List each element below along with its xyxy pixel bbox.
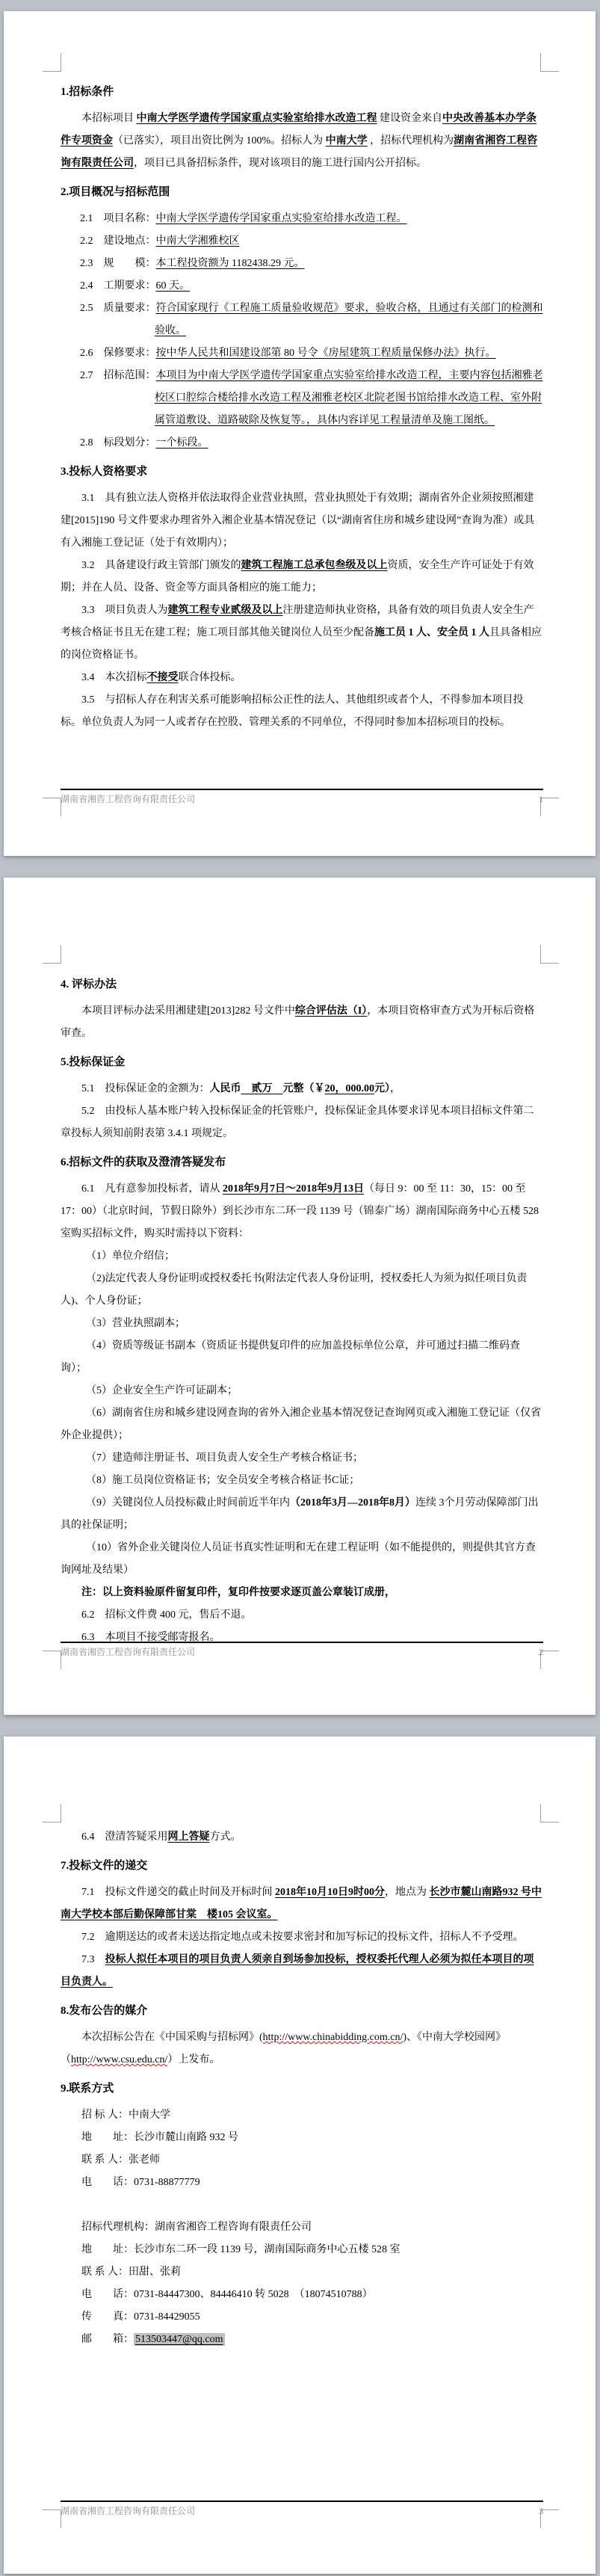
text-run: 投标人拟任本项目的项目负责人须亲自到场参加投标，授权委托代理人必须为拟任本项目的… xyxy=(61,1954,534,1988)
crop-mark-top-left xyxy=(43,1804,61,1822)
text-run: 本工程投资额为 1182438.29 元。 xyxy=(156,258,305,269)
paragraph: 7.2 逾期送达的或者未送达指定地点或未按要求密封和加写标记的投标文件，招标人不… xyxy=(61,1926,543,1949)
text-run: 2.8 标段划分： xyxy=(80,437,156,449)
page-number: 1 xyxy=(539,793,543,805)
text-run: 2.7 招标范围： xyxy=(80,370,156,381)
contact-line: 电 话：0731-84447300、84446410 转 5028 （18074… xyxy=(81,2284,543,2306)
text-run: 网上答疑 xyxy=(168,1831,210,1843)
text-run: 7.1 投标文件递交的截止时间及开标时间 xyxy=(81,1887,275,1898)
paragraph: 3.3 项目负责人为建筑工程专业贰级及以上注册建造师执业资格，具备有效的项目负责… xyxy=(61,600,543,667)
section-heading: 8.发布公告的媒介 xyxy=(61,2000,543,2022)
document-canvas: 1.招标条件本招标项目 中南大学医学遗传学国家重点实验室给排水改造工程 建设资金… xyxy=(0,0,600,2576)
text-run: 联 系 人：田甜、张莉 xyxy=(81,2267,181,2278)
field-item: 2.4 工期要求：60 天。 xyxy=(61,275,543,298)
text-run: （2018年3月—2018年8月） xyxy=(290,1497,415,1509)
text-run: 元整（￥ xyxy=(283,1083,325,1094)
text-run: 综合评估法（I） xyxy=(295,1005,367,1017)
text-run: （8）施工员岗位资格证书；安全员安全考核合格证书C证； xyxy=(86,1475,359,1486)
section-heading: 7.投标文件的递交 xyxy=(61,1855,543,1877)
text-run: 2018年9月7日～2018年9月13日 xyxy=(223,1183,364,1195)
list-item: （1）单位介绍信； xyxy=(61,1245,543,1268)
text-run: 3.4 本次招标 xyxy=(81,672,147,683)
text-run: ）上发布。 xyxy=(167,2054,220,2065)
text-run: （2)法定代表人身份证明或授权委托书(附法定代表人身份证明，授权委托人为须为拟任… xyxy=(61,1273,527,1307)
text-run: 5.1 投标保证金的金额为： xyxy=(81,1083,210,1094)
list-item: （9）关键岗位人员投标截止时间前近半年内（2018年3月—2018年8月）连续 … xyxy=(61,1492,543,1537)
field-item: 2.7 招标范围：本项目为中南大学医学遗传学国家重点实验室给排水改造工程，主要内… xyxy=(61,365,543,432)
page-footer: 湖南省湘咨工程咨询有限责任公司 1 xyxy=(61,789,543,805)
list-item: （3）营业执照副本； xyxy=(61,1313,543,1335)
list-item: （7）建造师注册证书、项目负责人安全生产考核合格证书； xyxy=(61,1447,543,1470)
text-run: ，招标代理机构为 xyxy=(368,135,454,147)
contact-line: 电 话：0731-88877779 xyxy=(81,2172,543,2194)
field-item: 2.1 项目名称：中南大学医学遗传学国家重点实验室给排水改造工程。 xyxy=(61,208,543,230)
text-run: 招标代理机构：湖南省湘咨工程咨询有限责任公司 xyxy=(81,2222,312,2233)
contact-line: 招标代理机构：湖南省湘咨工程咨询有限责任公司 xyxy=(81,2216,543,2239)
page-1-body: 1.招标条件本招标项目 中南大学医学遗传学国家重点实验室给排水改造工程 建设资金… xyxy=(4,11,596,734)
text-run: 2.6 保修要求： xyxy=(80,348,156,359)
section-heading: 9.联系方式 xyxy=(61,2077,543,2100)
paragraph: 本次招标公告在《中国采购与招标网》(http://www.chinabiddin… xyxy=(61,2027,543,2071)
crop-mark-bottom-left xyxy=(43,1651,61,1669)
text-run: 3.1 具有独立法人资格并依法取得企业营业执照，营业执照处于有效期；湖南省外企业… xyxy=(61,493,534,549)
text-run: 按中华人民共和国建设部第 80 号令《房屋建筑工程质量保修办法》执行。 xyxy=(156,348,496,359)
list-item: （6）湖南省住房和城乡建设网查询的省外入湘企业基本情况登记查询网页或入湘施工登记… xyxy=(61,1402,543,1447)
text-run: （4）资质等级证书副本（资质证书提供复印件的应加盖投标单位公章，并可通过扫描二维… xyxy=(61,1340,520,1374)
paragraph: 7.1 投标文件递交的截止时间及开标时间 2018年10月10日9时00分，地点… xyxy=(61,1882,543,1926)
text-run: 注：以上资料验原件留复印件，复印件按要求逐页盖公章装订成册， xyxy=(81,1587,395,1598)
section-heading: 4. 评标办法 xyxy=(61,973,543,996)
paragraph: 3.4 本次招标不接受联合体投标。 xyxy=(61,667,543,689)
text-run: 本项目为中南大学医学遗传学国家重点实验室给排水改造工程，主要内容包括湘雅老校区口… xyxy=(155,370,543,426)
text-run: （6）湖南省住房和城乡建设网查询的省外入湘企业基本情况登记查询网页或入湘施工登记… xyxy=(61,1408,541,1441)
paragraph: 6.1 凡有意参加投标者，请从 2018年9月7日～2018年9月13日（每日 … xyxy=(61,1178,543,1245)
text-run: 人民币 xyxy=(210,1083,241,1094)
text-run: 建筑工程施工总承包叁级及以上 xyxy=(241,560,388,571)
list-item: （4）资质等级证书副本（资质证书提供复印件的应加盖投标单位公章，并可通过扫描二维… xyxy=(61,1335,543,1380)
text-run: 中南大学医学遗传学国家重点实验室给排水改造工程 xyxy=(137,113,377,124)
section-heading: 1.招标条件 xyxy=(61,81,543,103)
text-run: 地 址：长沙市东二环一段 1139 号，湖南国际商务中心五楼 528 室 xyxy=(81,2244,400,2255)
crop-mark-top-left xyxy=(43,945,61,964)
text-run: （1）单位介绍信； xyxy=(86,1251,175,1262)
text-run: ， xyxy=(390,1083,400,1094)
text-run: 513503447@qq.com xyxy=(134,2333,225,2346)
text-run: 中南大学湘雅校区 xyxy=(156,235,240,247)
text-run: 6.招标文件的获取及澄清答疑发布 xyxy=(61,1156,226,1168)
crop-mark-bottom-left xyxy=(43,2509,61,2528)
text-run: 8.发布公告的媒介 xyxy=(61,2005,147,2017)
text-run: 1.招标条件 xyxy=(61,86,114,98)
text-run: 5.2 由投标人基本账户转入投标保证金的托管账户，投标保证金具体要求详见本项目招… xyxy=(61,1106,534,1139)
paragraph: 3.1 具有独立法人资格并依法取得企业营业执照，营业执照处于有效期；湖南省外企业… xyxy=(61,487,543,555)
text-run: （5）企业安全生产许可证副本； xyxy=(86,1385,238,1396)
text-run: 联合体投标。 xyxy=(179,672,241,683)
crop-mark-top-right xyxy=(540,1804,559,1822)
text-run: 3.2 具备建设行政主管部门颁发的 xyxy=(81,560,241,571)
page-2: 4. 评标办法本项目评标办法采用湘建建[2013]282 号文件中综合评估法（I… xyxy=(4,878,596,1715)
text-run: 联 系 人：张老师 xyxy=(81,2154,160,2166)
text-run: 20，000.00 xyxy=(325,1083,375,1094)
page-number: 2 xyxy=(539,1646,543,1658)
text-run: 2.2 建设地点： xyxy=(80,235,156,247)
text-run: 4. 评标办法 xyxy=(61,979,117,990)
contact-line: 邮 箱：513503447@qq.com xyxy=(81,2329,543,2351)
page-3-body: 6.4 澄清答疑采用网上答疑方式。7.投标文件的递交7.1 投标文件递交的截止时… xyxy=(4,1737,596,2351)
paragraph: 3.2 具备建设行政主管部门颁发的建筑工程施工总承包叁级及以上资质，安全生产许可… xyxy=(61,555,543,600)
blank-line xyxy=(61,2194,543,2216)
text-run: 建筑工程专业贰级及以上 xyxy=(168,605,283,616)
paragraph: 本招标项目 中南大学医学遗传学国家重点实验室给排水改造工程 建设资金来自中央改善… xyxy=(61,108,543,175)
contact-line: 地 址：长沙市东二环一段 1139 号，湖南国际商务中心五楼 528 室 xyxy=(81,2239,543,2261)
crop-mark-bottom-left xyxy=(43,798,61,816)
page-footer: 湖南省湘咨工程咨询有限责任公司 3 xyxy=(61,2500,543,2517)
text-run: 方式。 xyxy=(210,1831,241,1843)
crop-mark-top-right xyxy=(540,53,559,72)
text-run: 招 标 人：中南大学 xyxy=(81,2110,170,2121)
text-run: 9.联系方式 xyxy=(61,2083,114,2095)
text-run: 邮 箱： xyxy=(81,2334,134,2345)
crop-mark-top-right xyxy=(540,945,559,964)
text-run: 电 话：0731-88877779 xyxy=(81,2177,200,2188)
text-run: 2.1 项目名称： xyxy=(80,213,156,224)
text-run: 地 址：长沙市麓山南路 932 号 xyxy=(81,2132,238,2143)
section-heading: 2.项目概况与招标范围 xyxy=(61,181,543,203)
text-run: ，地点为 xyxy=(385,1887,430,1898)
footer-company: 湖南省湘咨工程咨询有限责任公司 xyxy=(61,793,195,805)
text-run: （10）省外企业关键岗位人员证书真实性证明和无在建工程证明（如不能提供的，则提供… xyxy=(61,1542,536,1576)
crop-mark-top-left xyxy=(43,53,61,72)
contact-line: 联 系 人：张老师 xyxy=(81,2149,543,2172)
section-heading: 5.投标保证金 xyxy=(61,1051,543,1073)
text-run: http://www.csu.edu.cn/ xyxy=(71,2054,167,2065)
text-run: 5.投标保证金 xyxy=(61,1056,125,1068)
list-item: （2)法定代表人身份证明或授权委托书(附法定代表人身份证明，授权委托人为须为拟任… xyxy=(61,1268,543,1313)
page-3: 6.4 澄清答疑采用网上答疑方式。7.投标文件的递交7.1 投标文件递交的截止时… xyxy=(4,1737,596,2574)
text-run: 不接受 xyxy=(147,672,179,683)
text-run: （7）建造师注册证书、项目负责人安全生产考核合格证书； xyxy=(86,1452,363,1464)
text-run: 中南大学 xyxy=(326,135,368,147)
footer-company: 湖南省湘咨工程咨询有限责任公司 xyxy=(61,2505,195,2517)
page-1: 1.招标条件本招标项目 中南大学医学遗传学国家重点实验室给排水改造工程 建设资金… xyxy=(4,11,596,856)
paragraph: 3.5 与招标人存在利害关系可能影响招标公正性的法人、其他组织或者个人，不得参加… xyxy=(61,689,543,734)
text-run: 3.3 项目负责人为 xyxy=(81,605,168,616)
text-run: 2.4 工期要求： xyxy=(80,280,156,292)
field-item: 2.2 建设地点：中南大学湘雅校区 xyxy=(61,230,543,253)
field-item: 2.6 保修要求：按中华人民共和国建设部第 80 号令《房屋建筑工程质量保修办法… xyxy=(61,342,543,365)
paragraph: 注：以上资料验原件留复印件，复印件按要求逐页盖公章装订成册， xyxy=(61,1582,543,1604)
paragraph: 本项目评标办法采用湘建建[2013]282 号文件中综合评估法（I），本项目资格… xyxy=(61,1000,543,1045)
text-run: 贰万 xyxy=(241,1083,283,1094)
section-heading: 6.招标文件的获取及澄清答疑发布 xyxy=(61,1151,543,1174)
text-run: 建设资金来自 xyxy=(377,113,443,124)
contact-line: 联 系 人：田甜、张莉 xyxy=(81,2261,543,2284)
text-run: 一个标段。 xyxy=(156,437,208,449)
text-run: 6.1 凡有意参加投标者，请从 xyxy=(81,1183,223,1195)
text-run: 2.5 质量要求： xyxy=(80,303,156,314)
text-run: 传 真：0731-84429055 xyxy=(81,2311,200,2323)
page-number: 3 xyxy=(539,2505,543,2517)
field-item: 2.8 标段划分：一个标段。 xyxy=(61,432,543,455)
text-run: （3）营业执照副本； xyxy=(86,1318,185,1329)
text-run: 符合国家现行《工程施工质量验收规范》要求，验收合格，且通过有关部门的检测和验收。 xyxy=(155,303,543,336)
paragraph: 7.3 投标人拟任本项目的项目负责人须亲自到场参加投标，授权委托代理人必须为拟任… xyxy=(61,1949,543,1994)
contact-line: 招 标 人：中南大学 xyxy=(81,2104,543,2127)
text-run: 施工员 1 人、安全员 1 人 xyxy=(374,627,489,638)
paragraph: 5.2 由投标人基本账户转入投标保证金的托管账户，投标保证金具体要求详见本项目招… xyxy=(61,1100,543,1145)
list-item: （8）施工员岗位资格证书；安全员安全考核合格证书C证； xyxy=(61,1470,543,1492)
page-2-body: 4. 评标办法本项目评标办法采用湘建建[2013]282 号文件中综合评估法（I… xyxy=(4,878,596,1649)
page-footer: 湖南省湘咨工程咨询有限责任公司 2 xyxy=(61,1642,543,1658)
contact-line: 地 址：长沙市麓山南路 932 号 xyxy=(81,2127,543,2149)
text-run: 2.项目概况与招标范围 xyxy=(61,186,170,198)
field-item: 2.5 质量要求：符合国家现行《工程施工质量验收规范》要求，验收合格，且通过有关… xyxy=(61,298,543,342)
text-run: ，项目已具备招标条件，现对该项目的施工进行国内公开招标。 xyxy=(134,158,427,169)
text-run: 电 话：0731-84447300、84446410 转 5028 （18074… xyxy=(81,2289,373,2300)
text-run: （9）关键岗位人员投标截止时间前近半年内 xyxy=(86,1497,290,1509)
section-heading: 3.投标人资格要求 xyxy=(61,460,543,483)
text-run: 6.2 招标文件费 400 元，售后不退。 xyxy=(81,1609,252,1621)
text-run: 7.3 xyxy=(81,1954,105,1965)
text-run: 6.4 澄清答疑采用 xyxy=(81,1831,168,1843)
text-run: 7.投标文件的递交 xyxy=(61,1860,147,1872)
text-run: 2.3 规 模： xyxy=(80,258,156,269)
text-run: （已落实），项目出资比例为 100%。招标人为 xyxy=(113,135,326,147)
text-run: 元） xyxy=(374,1083,390,1094)
field-item: 2.3 规 模：本工程投资额为 1182438.29 元。 xyxy=(61,253,543,275)
contact-line: 传 真：0731-84429055 xyxy=(81,2306,543,2329)
text-run: 本次招标公告在《中国采购与招标网》( xyxy=(81,2032,263,2043)
paragraph: 5.1 投标保证金的金额为：人民币 贰万 元整（￥20，000.00元）， xyxy=(61,1078,543,1100)
paragraph: 6.4 澄清答疑采用网上答疑方式。 xyxy=(61,1826,543,1849)
list-item: （5）企业安全生产许可证副本； xyxy=(61,1380,543,1402)
text-run: 3.投标人资格要求 xyxy=(61,466,147,478)
paragraph: 6.2 招标文件费 400 元，售后不退。 xyxy=(61,1604,543,1627)
list-item: （10）省外企业关键岗位人员证书真实性证明和无在建工程证明（如不能提供的，则提供… xyxy=(61,1537,543,1582)
text-run: 2018年10月10日9时00分 xyxy=(275,1887,385,1898)
text-run: 中南大学医学遗传学国家重点实验室给排水改造工程。 xyxy=(156,213,407,224)
text-run: 本项目评标办法采用湘建建[2013]282 号文件中 xyxy=(81,1005,295,1017)
text-run: http://www.chinabidding.com.cn/ xyxy=(263,2032,403,2043)
text-run: 3.5 与招标人存在利害关系可能影响招标公正性的法人、其他组织或者个人，不得参加… xyxy=(61,694,524,728)
text-run: 本招标项目 xyxy=(81,113,137,124)
text-run: 7.2 逾期送达的或者未送达指定地点或未按要求密封和加写标记的投标文件，招标人不… xyxy=(81,1932,524,1943)
text-run: 60 天。 xyxy=(156,280,191,292)
footer-company: 湖南省湘咨工程咨询有限责任公司 xyxy=(61,1646,195,1658)
